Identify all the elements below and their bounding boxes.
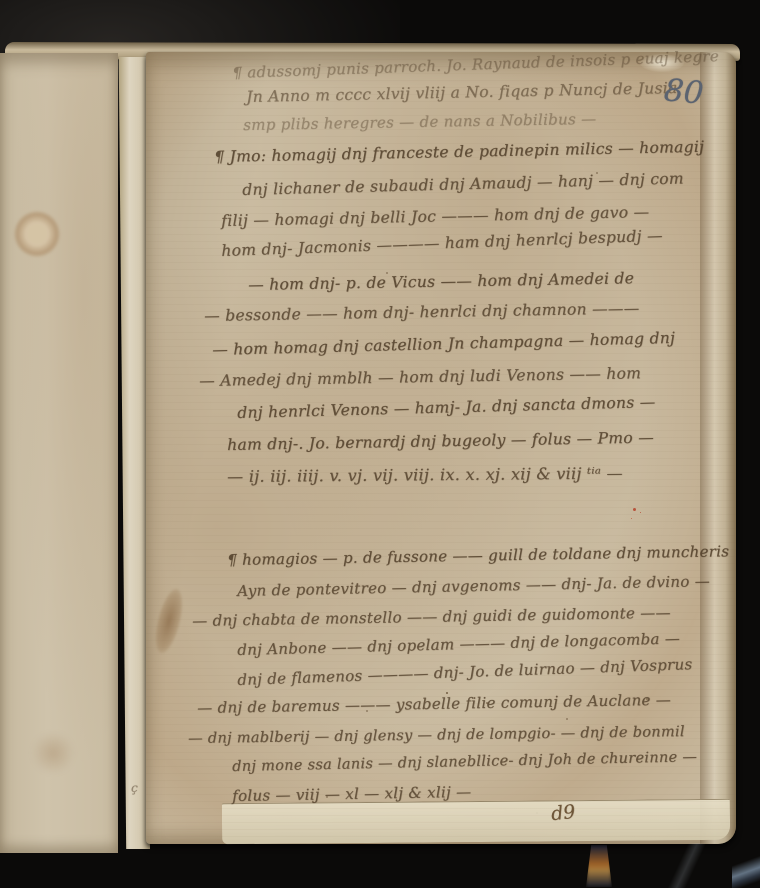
manuscript-line: — dnj de baremus ——— ysabelle filie comu… [197, 691, 671, 717]
manuscript-line: ¶ homagios — p. de fussone —— guill de t… [227, 542, 729, 569]
manuscript-line: — hom homag dnj castellion Jn champagna … [212, 329, 675, 359]
folio-number: 80 [663, 72, 705, 111]
manuscript-line: filij — homagi dnj belli Joc ——— hom dnj… [221, 203, 650, 230]
manuscript-line: Ayn de pontevitreo — dnj avgenoms —— dnj… [237, 572, 710, 600]
manuscript-line: — dnj chabta de monstello —— dnj guidi d… [192, 604, 671, 630]
plastic-sliver-artifact [652, 843, 722, 888]
manuscript-line: ¶ Jmo: homagij dnj franceste de padinepi… [214, 138, 704, 166]
manuscript-line: — dnj mablberij — dnj glensy — dnj de lo… [188, 724, 685, 747]
manuscript-line: — bessonde —— hom dnj- henrlci dnj chamn… [204, 299, 640, 325]
manuscript-line: hom dnj- Jacmonis ———— ham dnj henrlcj b… [221, 227, 663, 260]
manuscript-line: dnj henrlci Venons — hamj- Ja. dnj sanct… [237, 393, 656, 422]
manuscript-line: Jn Anno m cccc xlvij vliij a No. fiqas p… [246, 79, 678, 106]
manuscript-line: smp plibs heregres — de nans a Nobilibus… [243, 110, 596, 134]
manuscript-text: ¶ adussomj punis parroch. Jo. Raynaud de… [0, 0, 760, 888]
manuscript-line: ham dnj-. Jo. bernardj dnj bugeoly — fol… [227, 429, 654, 454]
manuscript-line: — ij. iij. iiij. v. vj. vij. viij. ix. x… [227, 464, 623, 486]
manuscript-line: ç [131, 781, 138, 795]
manuscript-line: dnj mone ssa lanis — dnj slanebllice- dn… [232, 749, 697, 775]
quire-mark: d9 [550, 801, 576, 825]
manuscript-line: ¶ adussomj punis parroch. Jo. Raynaud de… [232, 47, 719, 82]
manuscript-line: folus — viij — xl — xlj & xlij — [232, 783, 471, 805]
corner-reflection-artifact [732, 852, 760, 888]
manuscript-line: — hom dnj- p. de Vicus —— hom dnj Amedei… [248, 269, 634, 294]
manuscript-line: dnj Anbone —— dnj opelam ——— dnj de long… [237, 629, 680, 659]
photo-backdrop: ¶ adussomj punis parroch. Jo. Raynaud de… [0, 0, 760, 888]
manuscript-line: dnj de flamenos ———— dnj- Jo. de luirnao… [237, 655, 693, 689]
manuscript-line: dnj lichaner de subaudi dnj Amaudj — han… [242, 169, 684, 199]
manuscript-line: — Amedej dnj mmblh — hom dnj ludi Venons… [199, 364, 641, 390]
